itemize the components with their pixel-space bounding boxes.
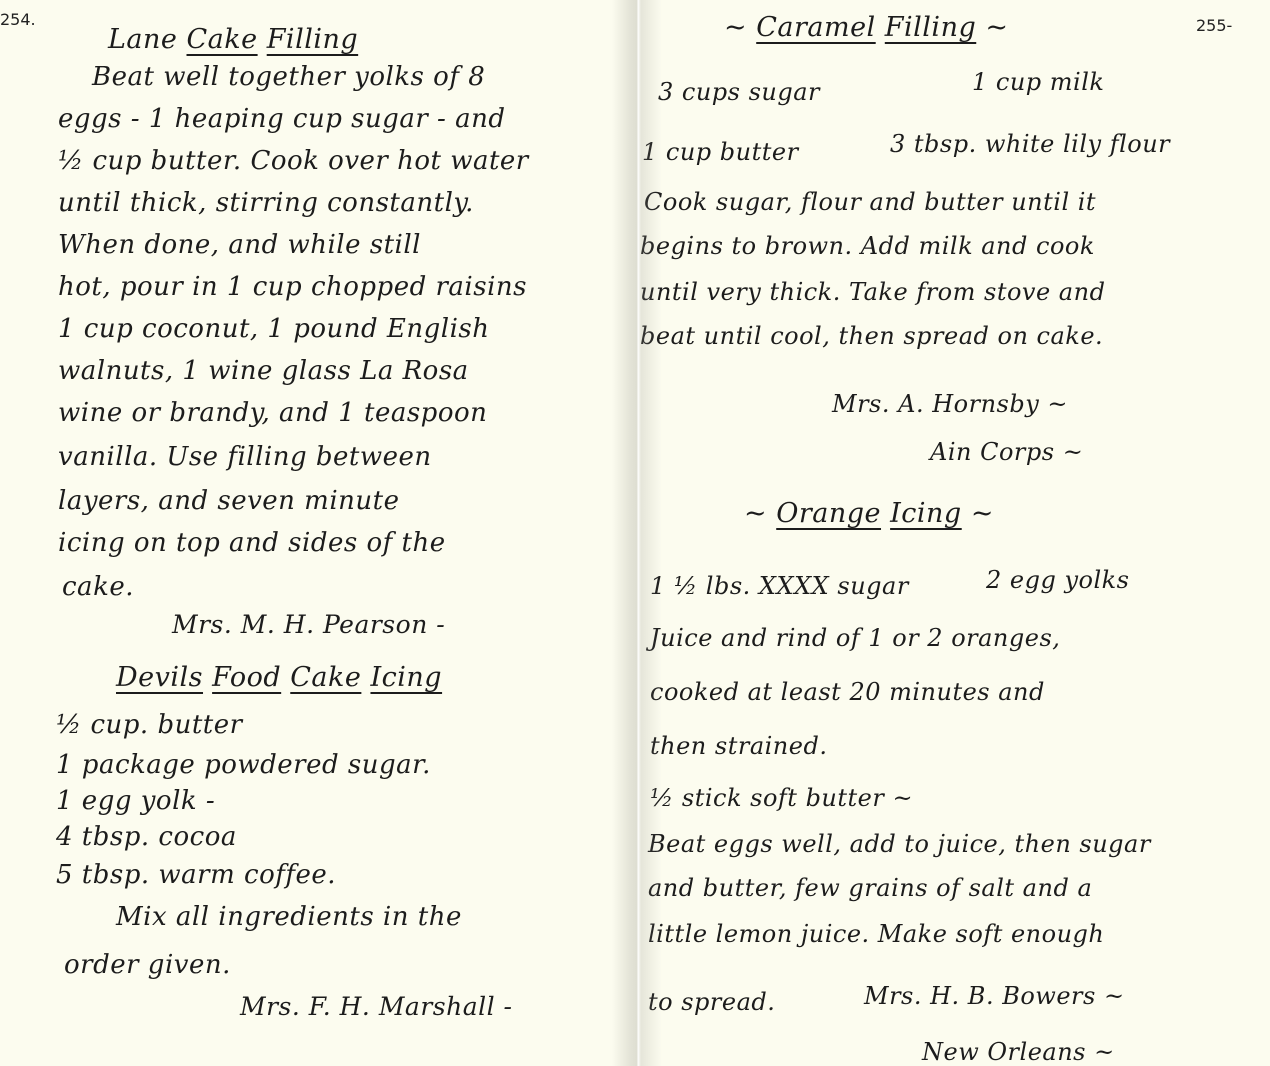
recipe-line: beat until cool, then spread on cake. xyxy=(640,324,1103,348)
signature-bowers: Mrs. H. B. Bowers ~ xyxy=(864,984,1125,1008)
signature-hornsby: Mrs. A. Hornsby ~ xyxy=(832,392,1068,416)
recipe-line: cake. xyxy=(62,574,134,600)
recipe-line: little lemon juice. Make soft enough xyxy=(648,922,1104,946)
signature-marshall: Mrs. F. H. Marshall - xyxy=(240,994,513,1019)
ingredient-line: 1 cup butter xyxy=(642,140,799,164)
recipe-line: begins to brown. Add milk and cook xyxy=(640,234,1095,258)
title-word: Food xyxy=(212,662,281,693)
ingredient-line: 1 egg yolk - xyxy=(56,788,215,814)
ingredient-line: 1 cup milk xyxy=(972,70,1104,94)
page-number-left: 254. xyxy=(0,10,36,29)
recipe-line: ½ cup butter. Cook over hot water xyxy=(58,148,529,174)
title-word: Cake xyxy=(187,24,258,55)
location-new-orleans: New Orleans ~ xyxy=(922,1040,1115,1064)
recipe-line: Mix all ingredients in the xyxy=(116,904,462,930)
recipe-line: to spread. xyxy=(648,990,775,1014)
location-ain-corps: Ain Corps ~ xyxy=(930,440,1083,464)
title-word: Filling xyxy=(885,12,976,43)
recipe-line: Beat eggs well, add to juice, then sugar xyxy=(648,832,1151,856)
recipe-line: hot, pour in 1 cup chopped raisins xyxy=(58,274,527,300)
title-flourish: ~ xyxy=(724,12,747,43)
recipe-line: then strained. xyxy=(650,734,827,758)
recipe-line: Beat well together yolks of 8 xyxy=(92,64,485,90)
recipe-line: order given. xyxy=(64,952,231,978)
title-word: Orange xyxy=(776,498,881,529)
ingredient-line: 2 egg yolks xyxy=(986,568,1130,592)
recipe-line: vanilla. Use filling between xyxy=(58,444,432,470)
recipe-line: When done, and while still xyxy=(58,232,421,258)
recipe-line: walnuts, 1 wine glass La Rosa xyxy=(58,358,469,384)
title-flourish: ~ xyxy=(971,498,994,529)
title-flourish: ~ xyxy=(744,498,767,529)
recipe-line: wine or brandy, and 1 teaspoon xyxy=(58,400,487,426)
recipe-line: icing on top and sides of the xyxy=(58,530,446,556)
recipe-line: Juice and rind of 1 or 2 oranges, xyxy=(650,626,1060,650)
ingredient-line: 1 ½ lbs. XXXX sugar xyxy=(650,574,909,598)
recipe-title-orange-icing: ~ Orange Icing ~ xyxy=(744,500,994,527)
recipe-line: 1 cup coconut, 1 pound English xyxy=(58,316,490,342)
recipe-line: until thick, stirring constantly. xyxy=(58,190,474,216)
title-word: Caramel xyxy=(756,12,875,43)
ingredient-line: ½ stick soft butter ~ xyxy=(650,786,913,810)
book-spread: 254. Lane Cake Filling Beat well togethe… xyxy=(0,0,1270,1066)
recipe-title-devils-food-cake-icing: Devils Food Cake Icing xyxy=(116,664,442,691)
recipe-title-caramel-filling: ~ Caramel Filling ~ xyxy=(724,14,1008,41)
ingredient-line: 4 tbsp. cocoa xyxy=(56,824,237,850)
right-page: 255- ~ Caramel Filling ~ 3 cups sugar 1 … xyxy=(632,0,1270,1066)
title-word: Icing xyxy=(890,498,962,529)
recipe-line: cooked at least 20 minutes and xyxy=(650,680,1045,704)
recipe-line: until very thick. Take from stove and xyxy=(640,280,1105,304)
title-word: Icing xyxy=(370,662,442,693)
recipe-line: Cook sugar, flour and butter until it xyxy=(644,190,1096,214)
ingredient-line: 1 package powdered sugar. xyxy=(56,752,431,778)
ingredient-line: 5 tbsp. warm coffee. xyxy=(56,862,336,888)
ingredient-line: 3 cups sugar xyxy=(658,80,820,104)
title-word: Filling xyxy=(267,24,358,55)
ingredient-line: ½ cup. butter xyxy=(56,712,243,738)
ingredient-line: 3 tbsp. white lily flour xyxy=(890,132,1170,156)
recipe-line: eggs - 1 heaping cup sugar - and xyxy=(58,106,505,132)
title-flourish: ~ xyxy=(985,12,1008,43)
signature-pearson: Mrs. M. H. Pearson - xyxy=(172,612,445,637)
recipe-line: layers, and seven minute xyxy=(58,488,399,514)
recipe-line: and butter, few grains of salt and a xyxy=(648,876,1092,900)
title-word: Cake xyxy=(290,662,361,693)
title-word: Lane xyxy=(108,24,177,55)
left-page: 254. Lane Cake Filling Beat well togethe… xyxy=(0,0,632,1066)
title-word: Devils xyxy=(116,662,203,693)
recipe-title-lane-cake-filling: Lane Cake Filling xyxy=(108,26,358,53)
page-number-right: 255- xyxy=(1196,16,1232,35)
